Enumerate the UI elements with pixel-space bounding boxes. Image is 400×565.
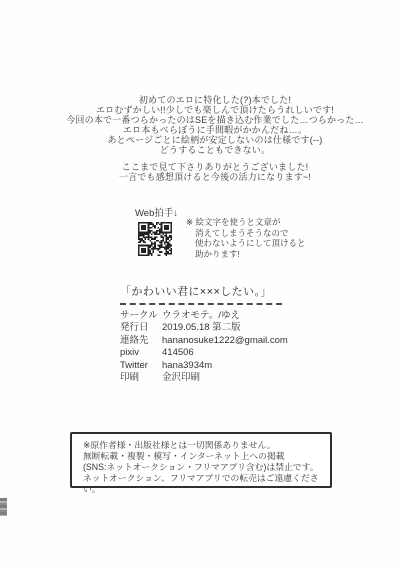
colophon-value: 金沢印刷 [162,372,200,384]
colophon-row-pixiv: pixiv 414506 [120,347,288,359]
thanks-line: 一言でも感想頂けると今後の活力になります~! [15,172,400,182]
webclap-note: ※ 絵文字を使うと文章が 消えてしまうそうなので 使わないようにして頂けると 助… [186,217,306,259]
colophon-rows: サークル ウラオモテ。/ゆえ 発行日 2019.05.18 第二版 連絡先 ha… [120,310,288,384]
disclaimer-box: ※原作者様・出版社様とは一切関係ありません。 無断転載・複製・模写・インターネッ… [70,432,332,488]
colophon-label: Twitter [120,360,162,372]
dashed-divider [120,303,282,305]
disclaimer-line: ネットオークション、フリマアプリでの転売はご遠慮ください。 [83,473,330,495]
colophon-label: サークル [120,310,162,322]
colophon-value: 414506 [162,347,194,359]
colophon-row-circle: サークル ウラオモテ。/ゆえ [120,310,288,322]
webclap-note-line: 使わないようにして頂けると [186,238,306,249]
afterword-text-block: 初めてのエロに特化した(?)本でした! エロむずかしい!!少しでも楽しんで頂けた… [15,95,400,182]
webclap-note-line: 助かります! [186,249,306,260]
colophon-row-contact: 連絡先 hananosuke1222@gmail.com [120,335,288,347]
disclaimer-line: ※原作者様・出版社様とは一切関係ありません。 [83,440,330,451]
disclaimer-line: 無断転載・複製・模写・インターネット上への掲載 [83,451,330,462]
afterword-line: あとページごとに絵柄が安定しないのは仕様です(--) [15,135,400,145]
colophon-label: 発行日 [120,322,162,334]
colophon-value: ウラオモテ。/ゆえ [162,310,240,322]
colophon-row-issue-date: 発行日 2019.05.18 第二版 [120,322,288,334]
webclap-section: Web拍手↓ [135,205,178,256]
page-edge-mark [0,498,7,516]
colophon-value: hana3934m [162,360,212,372]
colophon-label: 印刷 [120,372,162,384]
afterword-line: エロむずかしい!!少しでも楽しんで頂けたらうれしいです! [15,105,400,115]
colophon-label: 連絡先 [120,335,162,347]
afterword-line: 今回の本で一番つらかったのはSEを描き込む作業でした…つらかった… [15,115,400,125]
colophon-value: 2019.05.18 第二版 [162,322,241,334]
colophon-section: 「かわいい君に×××したい。」 サークル ウラオモテ。/ゆえ 発行日 2019.… [120,283,288,384]
colophon-label: pixiv [120,347,162,359]
afterword-line: エロ本もべらぼうに手間暇がかかんだね…。 [15,125,400,135]
afterword-line: どうすることもできない。 [15,145,400,155]
webclap-note-line: ※ 絵文字を使うと文章が [186,217,306,228]
qr-code-icon [138,222,172,256]
webclap-label: Web拍手↓ [135,205,178,219]
thanks-line: ここまで見て下さりありがとうございました! [15,162,400,172]
book-title: 「かわいい君に×××したい。」 [120,283,288,299]
colophon-row-printer: 印刷 金沢印刷 [120,372,288,384]
webclap-note-line: 消えてしまうそうなので [186,228,306,239]
disclaimer-line: (SNS:ネットオークション・フリマアプリ含む)は禁止です。 [83,462,330,473]
afterword-line: 初めてのエロに特化した(?)本でした! [15,95,400,105]
colophon-value: hananosuke1222@gmail.com [162,335,288,347]
doujin-colophon-page: 初めてのエロに特化した(?)本でした! エロむずかしい!!少しでも楽しんで頂けた… [0,0,400,565]
colophon-row-twitter: Twitter hana3934m [120,360,288,372]
